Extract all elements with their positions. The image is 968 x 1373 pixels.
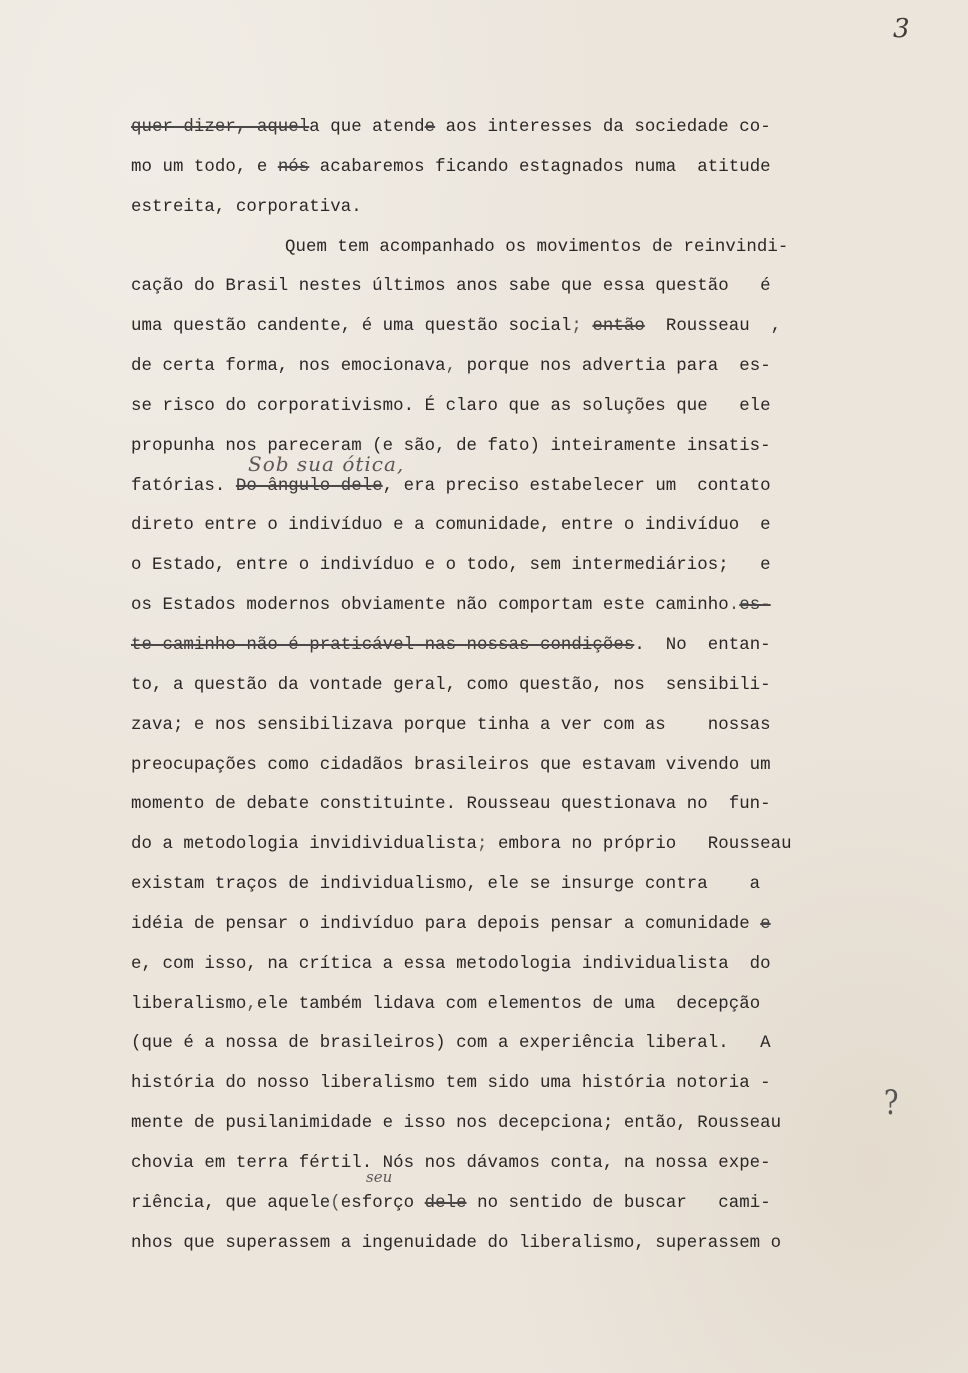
text-line: de certa forma, nos emocionava, porque n… [131, 347, 871, 387]
typewritten-page: 3 quer dizer, aquela que atende aos inte… [0, 0, 968, 1373]
handwritten-punctuation: . [729, 596, 740, 615]
text-line: e, com isso, na crítica a essa metodolog… [131, 945, 871, 985]
line-text: riência, que aquele [131, 1194, 330, 1213]
text-line: estreita, corporativa. [131, 188, 871, 228]
line-text: , era preciso estabelecer um contato [383, 477, 771, 496]
text-line: direto entre o indivíduo e a comunidade,… [131, 506, 871, 546]
text-line: cação do Brasil nestes últimos anos sabe… [131, 267, 871, 307]
text-line: preocupações como cidadãos brasileiros q… [131, 746, 871, 786]
page-number: 3 [893, 14, 910, 44]
line-text: direto entre o indivíduo e a comunidade,… [131, 516, 771, 535]
struck-text: Do ângulo dele [236, 477, 383, 496]
line-text: (que é a nossa de brasileiros) com a exp… [131, 1034, 771, 1053]
text-line: Quem tem acompanhado os movimentos de re… [131, 228, 871, 268]
struck-text: quer dizer, aquel [131, 118, 309, 137]
handwritten-punctuation: , [446, 357, 457, 376]
text-line: riência, que aquele(esforço dele no sent… [131, 1184, 871, 1224]
line-text: nhos que superassem a ingenuidade do lib… [131, 1234, 781, 1253]
line-text: estreita, corporativa. [131, 198, 362, 217]
line-text: o Estado, entre o indivíduo e o todo, se… [131, 556, 771, 575]
line-text [582, 317, 593, 336]
line-text: no sentido de buscar cami- [467, 1194, 771, 1213]
line-text: Quem tem acompanhado os movimentos de re… [285, 238, 788, 257]
text-line: uma questão candente, é uma questão soci… [131, 307, 871, 347]
line-text: aos interesses da sociedade co- [435, 118, 771, 137]
text-line: propunha nos pareceram (e são, de fato) … [131, 427, 871, 467]
typewritten-body: quer dizer, aquela que atende aos intere… [131, 108, 871, 1263]
struck-text: es- [739, 596, 770, 615]
line-text: zava; e nos sensibilizava porque tinha a… [131, 716, 771, 735]
line-text: uma questão candente, é uma questão soci… [131, 317, 571, 336]
line-text: e, com isso, na crítica a essa metodolog… [131, 955, 771, 974]
line-text: se risco do corporativismo. É claro que … [131, 397, 771, 416]
text-line: chovia em terra fértil. Nós nos dávamos … [131, 1144, 871, 1184]
line-text: ele também lidava com elementos de uma d… [257, 995, 760, 1014]
line-text: preocupações como cidadãos brasileiros q… [131, 756, 771, 775]
text-line: os Estados modernos obviamente não compo… [131, 586, 871, 626]
line-text: . No entan- [634, 636, 770, 655]
text-line: mo um todo, e nós acabaremos ficando est… [131, 148, 871, 188]
text-line: fatórias. Do ângulo dele, era preciso es… [131, 467, 871, 507]
text-line: te caminho não é praticável nas nossas c… [131, 626, 871, 666]
text-line: momento de debate constituinte. Rousseau… [131, 785, 871, 825]
struck-text: te caminho não é praticável nas nossas c… [131, 636, 634, 655]
line-text: cação do Brasil nestes últimos anos sabe… [131, 277, 771, 296]
line-text: porque nos advertia para es- [456, 357, 771, 376]
text-line: história do nosso liberalismo tem sido u… [131, 1064, 871, 1104]
struck-text: nós [278, 158, 309, 177]
text-line: se risco do corporativismo. É claro que … [131, 387, 871, 427]
line-text: momento de debate constituinte. Rousseau… [131, 795, 771, 814]
text-line: idéia de pensar o indivíduo para depois … [131, 905, 871, 945]
struck-text: e [760, 915, 771, 934]
handwritten-correction-seu: seu [366, 1168, 392, 1186]
line-text: história do nosso liberalismo tem sido u… [131, 1074, 771, 1093]
line-text: os Estados modernos obviamente não compo… [131, 596, 729, 615]
line-text: mo um todo, e [131, 158, 278, 177]
struck-text: e [425, 118, 436, 137]
handwritten-punctuation: ; [571, 317, 582, 336]
text-line: mente de pusilanimidade e isso nos decep… [131, 1104, 871, 1144]
handwritten-correction-sob-sua-otica: Sob sua ótica, [248, 452, 404, 476]
line-text: a que atend [309, 118, 424, 137]
line-text: mente de pusilanimidade e isso nos decep… [131, 1114, 781, 1133]
text-line: (que é a nossa de brasileiros) com a exp… [131, 1024, 871, 1064]
handwritten-punctuation: ( [330, 1194, 341, 1213]
line-text: to, a questão da vontade geral, como que… [131, 676, 771, 695]
line-text: esforço [341, 1194, 425, 1213]
struck-text: dele [425, 1194, 467, 1213]
text-line: liberalismo,ele também lidava com elemen… [131, 985, 871, 1025]
line-text: acabaremos ficando estagnados numa atitu… [309, 158, 770, 177]
handwritten-punctuation: ; [477, 835, 488, 854]
line-text: existam traços de individualismo, ele se… [131, 875, 760, 894]
line-text: propunha nos pareceram (e são, de fato) … [131, 437, 771, 456]
line-text: Rousseau , [645, 317, 781, 336]
text-line: to, a questão da vontade geral, como que… [131, 666, 871, 706]
text-line: existam traços de individualismo, ele se… [131, 865, 871, 905]
line-text: chovia em terra fértil. Nós nos dávamos … [131, 1154, 771, 1173]
struck-text: então [592, 317, 644, 336]
line-text: idéia de pensar o indivíduo para depois … [131, 915, 760, 934]
line-text: liberalismo [131, 995, 246, 1014]
text-line: zava; e nos sensibilizava porque tinha a… [131, 706, 871, 746]
line-text: fatórias. [131, 477, 236, 496]
line-text: de certa forma, nos emocionava [131, 357, 446, 376]
text-line: nhos que superassem a ingenuidade do lib… [131, 1224, 871, 1264]
text-line: quer dizer, aquela que atende aos intere… [131, 108, 871, 148]
margin-question-mark: ? [884, 1083, 899, 1123]
text-line: do a metodologia invidividualista; embor… [131, 825, 871, 865]
line-text: embora no próprio Rousseau [488, 835, 792, 854]
line-text: do a metodologia invidividualista [131, 835, 477, 854]
handwritten-punctuation: , [246, 995, 257, 1014]
text-line: o Estado, entre o indivíduo e o todo, se… [131, 546, 871, 586]
